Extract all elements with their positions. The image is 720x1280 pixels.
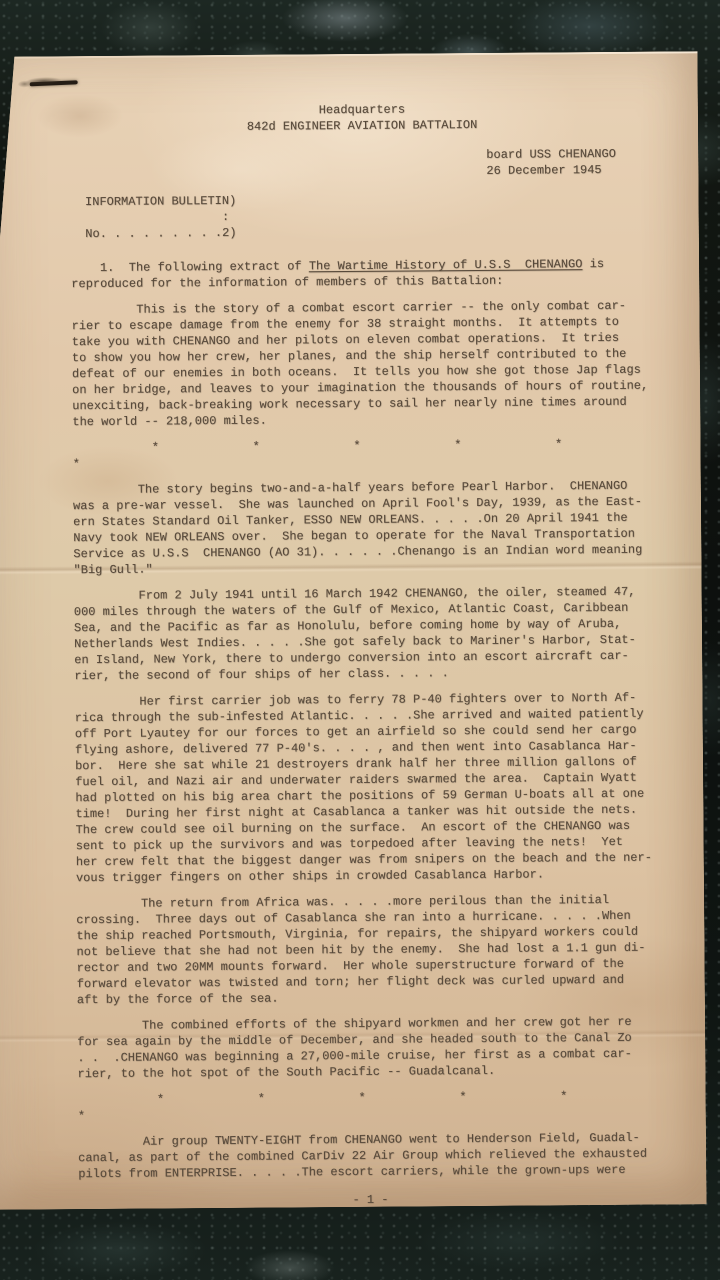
document-content: Headquarters 842d ENGINEER AVIATION BATT… <box>0 51 707 1210</box>
underlined-history-title: The Wartime History of U.S.S CHENANGO <box>309 257 583 273</box>
paragraph-combat-carrier-story: This is the story of a combat escort car… <box>71 298 656 431</box>
bulletin-block: INFORMATION BULLETIN) : No. . . . . . . … <box>71 190 655 243</box>
paragraph-shipyard-repairs: The combined efforts of the shipyard wor… <box>77 1014 661 1083</box>
asterisk-separator-lower: * * * * * * <box>78 1088 662 1125</box>
asterisk-separator-upper: * * * * * * <box>72 436 656 473</box>
photo-background: Headquarters 842d ENGINEER AVIATION BATT… <box>0 0 720 1280</box>
paragraph-oiler-service: From 2 July 1941 until 16 March 1942 CHE… <box>74 584 659 685</box>
paragraph-first-carrier-job: Her first carrier job was to ferry 78 P-… <box>74 690 659 887</box>
paragraph-prewar-vessel: The story begins two-and-a-half years be… <box>73 478 658 579</box>
dateline-block: board USS CHENANGO 26 December 1945 <box>486 146 654 179</box>
page-number: - 1 - <box>78 1190 662 1211</box>
paragraph-return-from-africa: The return from Africa was. . . . .more … <box>76 892 661 1009</box>
date-line: 26 December 1945 <box>486 162 654 179</box>
bulletin-number-line: No. . . . . . . . .2) <box>71 222 655 243</box>
intro-text-before: 1. The following extract of <box>71 259 309 275</box>
intro-paragraph: 1. The following extract of The Wartime … <box>71 256 655 293</box>
paragraph-air-group: Air group TWENTY-EIGHT from CHENANGO wen… <box>78 1130 662 1183</box>
location-line: board USS CHENANGO <box>486 146 654 163</box>
paper-document: Headquarters 842d ENGINEER AVIATION BATT… <box>0 51 707 1210</box>
battalion-line: 842d ENGINEER AVIATION BATTALION <box>70 116 654 137</box>
